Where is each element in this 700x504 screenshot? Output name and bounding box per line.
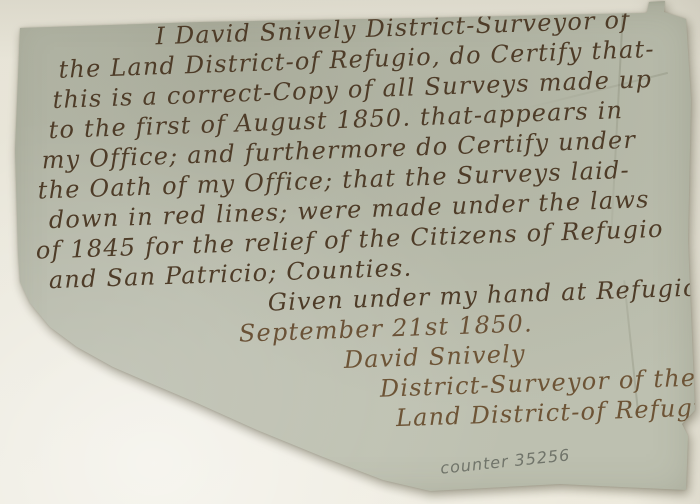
document-paper: I David Snively District-Surveyor of the… bbox=[0, 0, 700, 504]
pencil-counter-annotation: counter 35256 bbox=[439, 445, 571, 478]
paper-shadow: I David Snively District-Surveyor of the… bbox=[0, 0, 700, 504]
photo-of-document: I David Snively District-Surveyor of the… bbox=[0, 0, 700, 504]
handwritten-text-block: I David Snively District-Surveyor of the… bbox=[22, 2, 700, 445]
